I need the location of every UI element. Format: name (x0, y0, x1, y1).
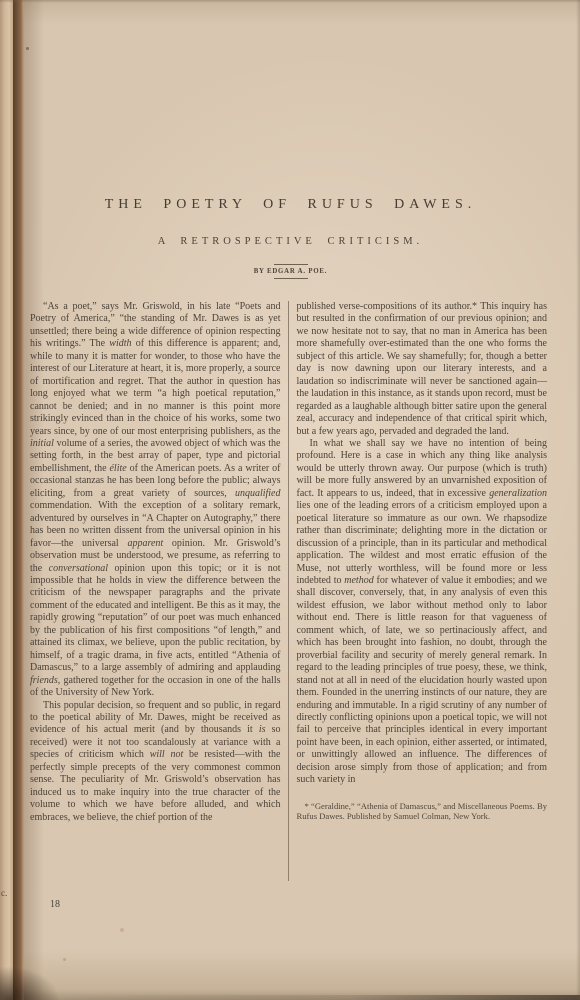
gutter-shadow (13, 0, 24, 1000)
page-right-edge (576, 0, 580, 1000)
byline-rule-top (274, 264, 308, 265)
facing-page-text-fragment: c. (1, 888, 7, 898)
article-title: THE POETRY OF RUFUS DAWES. (34, 197, 547, 213)
column-left: “As a poet,” says Mr. Griswold, in his l… (30, 301, 288, 881)
text-columns: “As a poet,” says Mr. Griswold, in his l… (30, 301, 547, 881)
article-header: THE POETRY OF RUFUS DAWES. A RETROSPECTI… (34, 197, 547, 279)
scanned-book-page: THE POETRY OF RUFUS DAWES. A RETROSPECTI… (0, 0, 580, 1000)
byline-rule-bottom (274, 278, 308, 279)
page-number: 18 (50, 899, 60, 910)
byline: BY EDGAR A. POE. (34, 268, 547, 275)
byline-block: BY EDGAR A. POE. (34, 264, 547, 279)
paper-speck (63, 958, 66, 961)
paragraph: “As a poet,” says Mr. Griswold, in his l… (30, 301, 281, 700)
footnote: * “Geraldine,” “Athenia of Damascus,” an… (297, 801, 548, 822)
paper-speck (120, 928, 124, 932)
page-top-edge (0, 0, 580, 3)
paragraph: published verse-compositions of its auth… (297, 301, 548, 438)
paper-speck (26, 47, 29, 50)
paragraph: In what we shall say we have no intentio… (297, 438, 548, 787)
page-bottom-edge (0, 995, 580, 1000)
article-subtitle: A RETROSPECTIVE CRITICISM. (34, 236, 547, 247)
facing-page-edge (0, 0, 13, 1000)
column-right: published verse-compositions of its auth… (289, 301, 548, 881)
paragraph: This popular decision, so frequent and s… (30, 700, 281, 825)
